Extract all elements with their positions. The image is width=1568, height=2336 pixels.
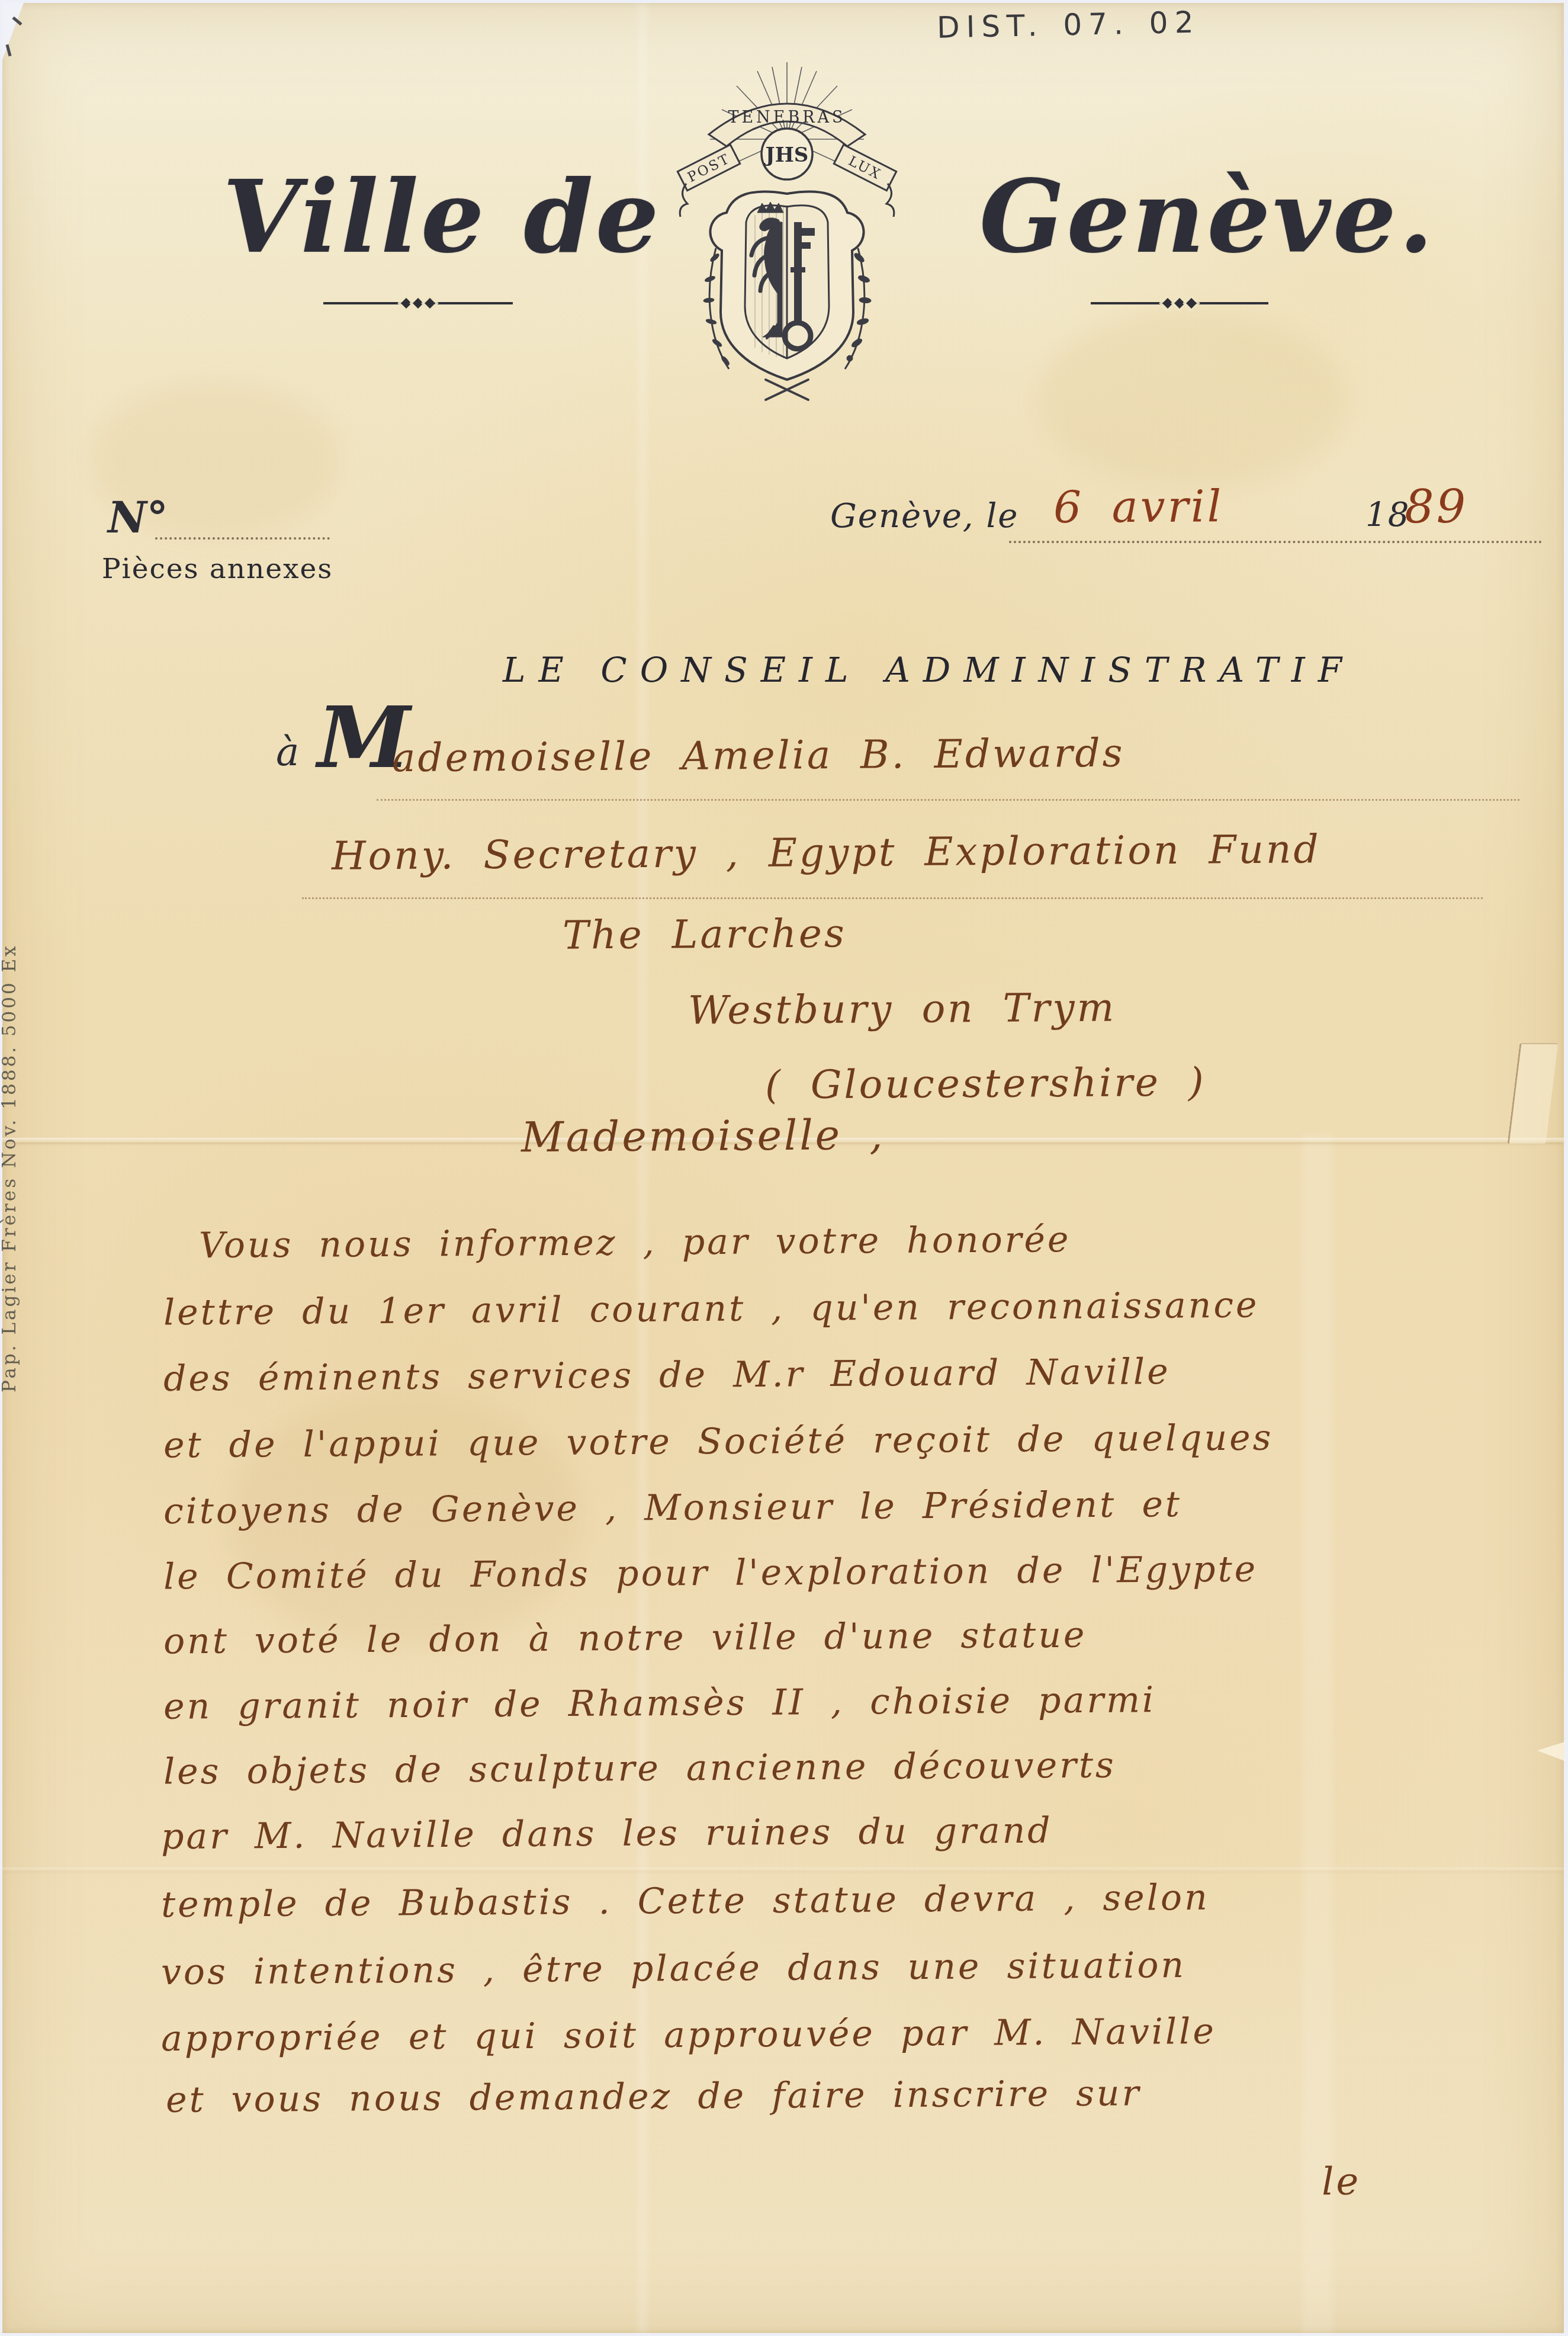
body-line: les objets de sculpture ancienne découve… xyxy=(163,1744,1116,1792)
body-line: lettre du 1er avril courant , qu'en reco… xyxy=(163,1285,1259,1334)
dateline-year-prefix: 18 xyxy=(1365,496,1410,534)
archival-annotation: DIST. 07. 02 xyxy=(936,5,1200,44)
letter-salutation: Mademoiselle , xyxy=(521,1111,885,1161)
printer-imprint: Pap. Lagier Frères Nov. 1888. 5000 Ex xyxy=(0,930,20,1392)
staple-mark xyxy=(5,44,11,57)
coat-of-arms: TENEBRAS POST LUX JHS xyxy=(639,44,935,418)
paper-stain xyxy=(1039,311,1347,489)
recipient-underline xyxy=(302,897,1483,899)
letterhead-rule-right xyxy=(1091,302,1268,304)
motto-ribbon-right: LUX xyxy=(834,145,896,190)
recipient-title: Hony. Secretary , Egypt Exploration Fund xyxy=(332,826,1321,879)
dateline-year-suffix: 89 xyxy=(1405,480,1469,534)
catchword: le xyxy=(1322,2160,1361,2204)
paper-sheet: DIST. 07. 02 Ville de Genève. xyxy=(2,3,1564,2333)
dateline-rule xyxy=(1009,541,1542,543)
recipient-county: ( Gloucestershire ) xyxy=(765,1059,1206,1108)
edge-tear xyxy=(1537,1742,1564,1761)
letterhead-ville-de: Ville de xyxy=(223,158,608,275)
body-line: ont voté le don à notre ville d'une stat… xyxy=(163,1615,1087,1663)
dateline-handwritten-date: 6 avril xyxy=(1053,481,1224,533)
body-line: et vous nous demandez de faire inscrire … xyxy=(166,2072,1142,2120)
body-line: et de l'appui que votre Société reçoit d… xyxy=(163,1417,1274,1466)
recipient-underline xyxy=(377,799,1519,801)
heading-conseil-administratif: LE CONSEIL ADMINISTRATIF xyxy=(503,650,1101,690)
vertical-crease xyxy=(1302,1134,1333,2333)
body-line: vos intentions , être placée dans une si… xyxy=(161,1944,1187,1993)
body-line: temple de Bubastis . Cette statue devra … xyxy=(161,1877,1210,1926)
dateline-place: Genève, le xyxy=(830,497,1019,535)
letterhead-rule-left xyxy=(323,302,513,304)
body-line: par M. Naville dans les ruines du grand xyxy=(161,1810,1053,1858)
recipient-town: Westbury on Trym xyxy=(688,984,1117,1033)
recipient-name: ademoiselle Amelia B. Edwards xyxy=(392,730,1125,781)
ref-no-label: N° xyxy=(108,492,168,543)
ref-no-line xyxy=(155,537,330,540)
motto-tenebras: TENEBRAS xyxy=(728,108,846,127)
body-line: appropriée et qui soit approuvée par M. … xyxy=(161,2011,1216,2059)
recipient-house: The Larches xyxy=(563,910,847,958)
body-line: des éminents services de M.r Edouard Nav… xyxy=(163,1351,1171,1400)
ref-annexes-label: Pièces annexes xyxy=(102,553,333,585)
paper-corner-chip xyxy=(2,3,24,60)
salutation-a: à xyxy=(276,729,300,775)
fold-crease-horizontal xyxy=(2,1867,1564,1871)
edge-tear-flap xyxy=(1508,1043,1559,1144)
motto-ribbon-left: POST xyxy=(677,145,740,190)
body-line: Vous nous informez , par votre honorée xyxy=(199,1219,1071,1266)
letterhead-geneve: Genève. xyxy=(979,158,1382,275)
body-line: le Comité du Fonds pour l'exploration de… xyxy=(163,1549,1258,1598)
scanned-letter: DIST. 07. 02 Ville de Genève. xyxy=(0,0,1568,2336)
body-line: citoyens de Genève , Monsieur le Préside… xyxy=(163,1484,1182,1532)
jhs-monogram: JHS xyxy=(764,143,809,167)
body-line: en granit noir de Rhamsès II , choisie p… xyxy=(163,1679,1156,1728)
